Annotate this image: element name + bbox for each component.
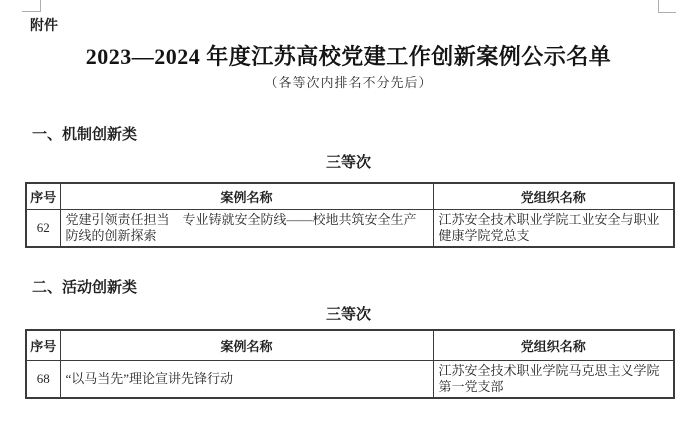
document-page: 附件 2023—2024 年度江苏高校党建工作创新案例公示名单 （各等次内排名不… xyxy=(0,0,697,424)
section-heading-activity-innovation: 二、活动创新类 xyxy=(32,276,137,297)
cell-party-org-name: 江苏安全技术职业学院马克思主义学院第一党支部 xyxy=(433,360,674,398)
cell-serial-no: 68 xyxy=(26,360,60,398)
tier-label-third-grade-2: 三等次 xyxy=(0,303,697,324)
col-header-serial-no: 序号 xyxy=(26,330,60,360)
table-row: 62 党建引领责任担当 专业铸就安全防线——校地共筑安全生产防线的创新探索 江苏… xyxy=(26,209,674,247)
col-header-serial-no: 序号 xyxy=(26,183,60,209)
cases-table-mechanism-innovation: 序号 案例名称 党组织名称 62 党建引领责任担当 专业铸就安全防线——校地共筑… xyxy=(25,182,675,248)
tier-label-third-grade-1: 三等次 xyxy=(0,151,697,172)
section-heading-mechanism-innovation: 一、机制创新类 xyxy=(32,123,137,144)
cell-case-name: “以马当先”理论宣讲先锋行动 xyxy=(60,360,433,398)
page-corner-mark-left xyxy=(22,0,41,12)
page-subtitle: （各等次内排名不分先后） xyxy=(0,72,697,91)
table-header-row: 序号 案例名称 党组织名称 xyxy=(26,183,674,209)
cell-serial-no: 62 xyxy=(26,209,60,247)
cell-party-org-name: 江苏安全技术职业学院工业安全与职业健康学院党总支 xyxy=(433,209,674,247)
col-header-case-name: 案例名称 xyxy=(60,330,433,360)
table-header-row: 序号 案例名称 党组织名称 xyxy=(26,330,674,360)
col-header-party-org-name: 党组织名称 xyxy=(433,183,674,209)
col-header-case-name: 案例名称 xyxy=(60,183,433,209)
page-corner-mark-right xyxy=(658,0,676,13)
col-header-party-org-name: 党组织名称 xyxy=(433,330,674,360)
table-row: 68 “以马当先”理论宣讲先锋行动 江苏安全技术职业学院马克思主义学院第一党支部 xyxy=(26,360,674,398)
cell-case-name: 党建引领责任担当 专业铸就安全防线——校地共筑安全生产防线的创新探索 xyxy=(60,209,433,247)
attachment-label: 附件 xyxy=(30,15,58,35)
cases-table-activity-innovation: 序号 案例名称 党组织名称 68 “以马当先”理论宣讲先锋行动 江苏安全技术职业… xyxy=(25,329,675,399)
page-title: 2023—2024 年度江苏高校党建工作创新案例公示名单 xyxy=(0,40,697,71)
